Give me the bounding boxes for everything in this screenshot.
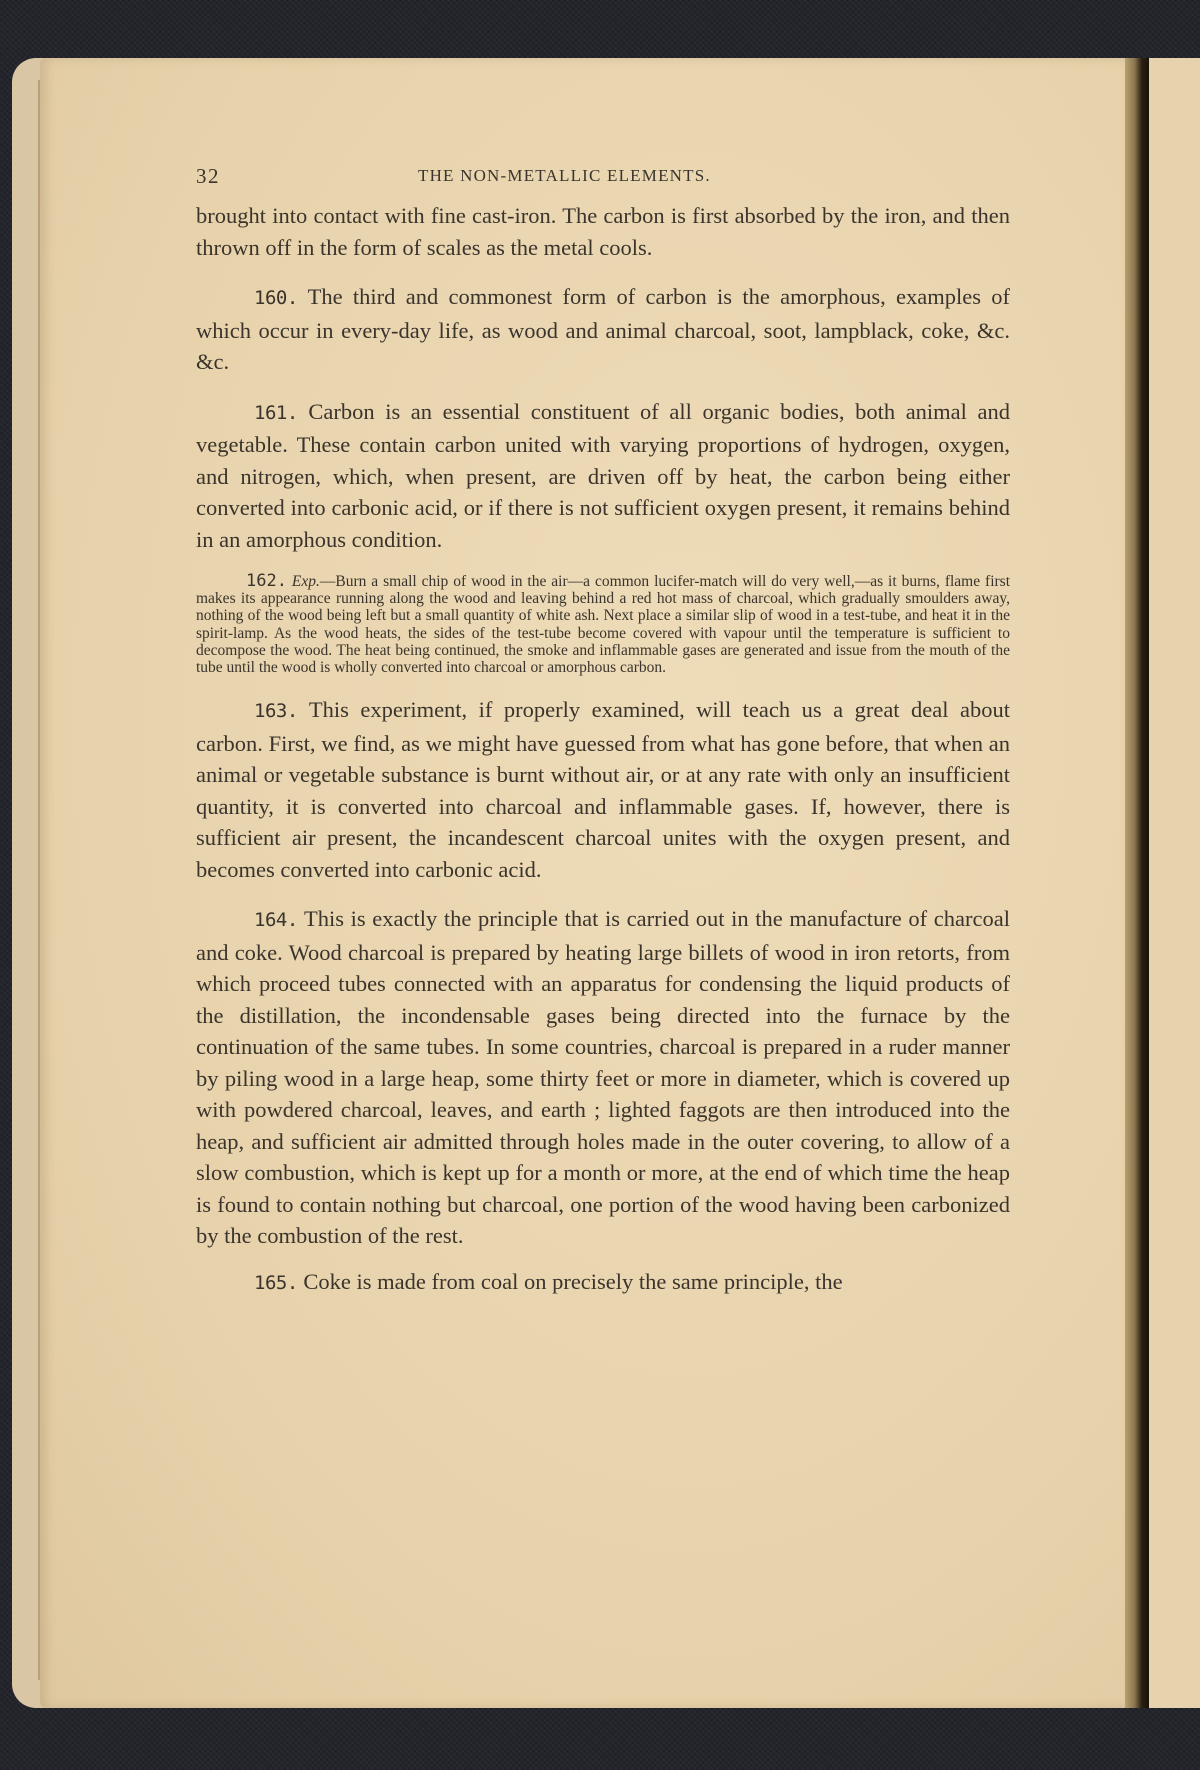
running-head: 32 THE NON-METALLIC ELEMENTS. — [196, 160, 1010, 190]
page-content: 32 THE NON-METALLIC ELEMENTS. brought in… — [196, 160, 1010, 1299]
paragraph-number: 163. — [254, 700, 298, 722]
paragraph-number: 162. — [246, 571, 287, 591]
paragraph-number: 165. — [254, 1272, 298, 1294]
running-title: THE NON-METALLIC ELEMENTS. — [418, 166, 711, 186]
paragraph-160: 160. The third and commonest form of car… — [196, 281, 1010, 378]
paragraph-number: 161. — [254, 402, 298, 424]
paragraph-163: 163. This experiment, if properly examin… — [196, 694, 1010, 885]
paragraph-161: 161. Carbon is an essential constituent … — [196, 396, 1010, 556]
paragraph-number: 160. — [254, 287, 298, 309]
paragraph-number: 164. — [254, 909, 298, 931]
paragraph-165: 165. Coke is made from coal on precisely… — [196, 1266, 1010, 1300]
paragraph-162-experiment: 162. Exp.—Burn a small chip of wood in t… — [196, 573, 1010, 676]
experiment-label: Exp. — [292, 573, 320, 590]
page-number: 32 — [196, 164, 220, 189]
book-gutter — [1125, 58, 1149, 1708]
paragraph-continued: brought into contact with fine cast-iron… — [196, 200, 1010, 263]
facing-page-edge — [1149, 58, 1200, 1708]
paragraph-164: 164. This is exactly the principle that … — [196, 903, 1010, 1252]
